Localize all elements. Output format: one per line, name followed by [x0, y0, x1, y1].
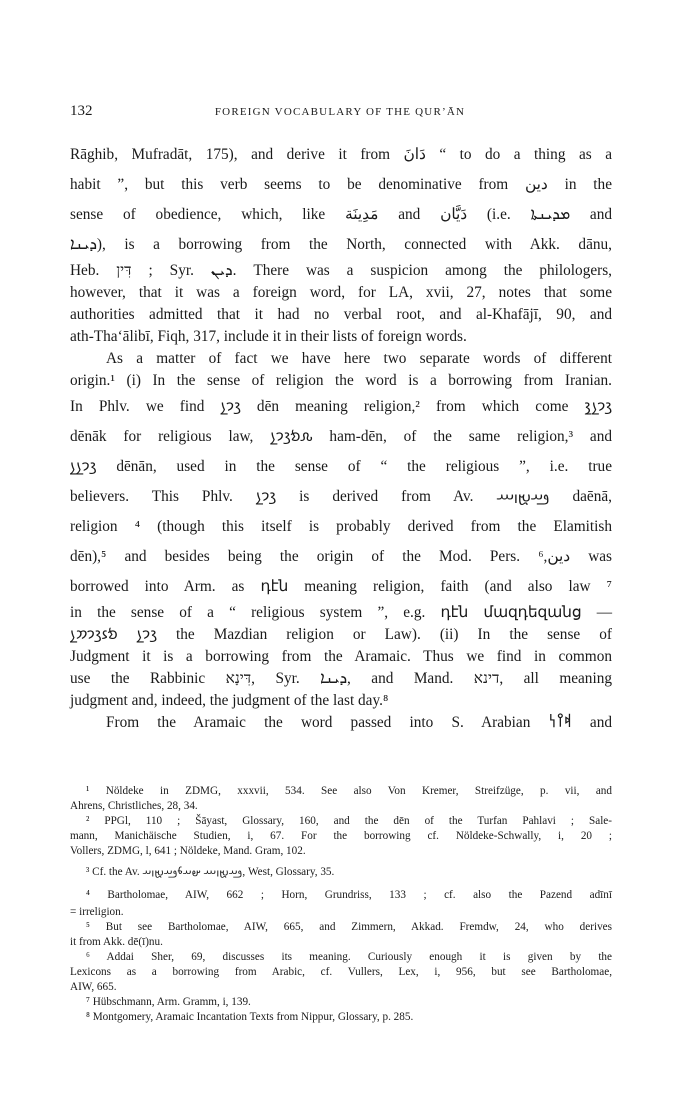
footnote-line: it from Akk. dē(ī)nu. — [70, 935, 612, 950]
body-line: Heb. דִּין ; Syr. ܕܝܢ. There was a suspi… — [70, 260, 612, 282]
body-line: sense of obedience, which, like مَدِينَة… — [70, 200, 612, 230]
body-line: religion ⁴ (though this itself is probab… — [70, 512, 612, 542]
footnote-line: ⁴ Bartholomae, AIW, 662 ; Horn, Grundris… — [70, 888, 612, 905]
page-header: 132 FOREIGN VOCABULARY OF THE QUR’ĀN — [70, 103, 610, 123]
body-line: Judgment it is a borrowing from the Aram… — [70, 646, 612, 668]
body-line: use the Rabbinic דִּינָא, Syr. ܕܝܢܐ, and… — [70, 668, 612, 690]
footnote-line: mann, Manichäische Studien, i, 67. For t… — [70, 829, 612, 844]
footnotes: ¹ Nöldeke in ZDMG, xxxvii, 534. See also… — [70, 784, 612, 1025]
footnote-line: = irreligion. — [70, 905, 612, 920]
body-line: ܕܝܢܐ), is a borrowing from the North, co… — [70, 230, 612, 260]
footnote-line: Lexicons as a borrowing from Arabic, cf.… — [70, 965, 612, 980]
body-line: ath-Tha‘ālibī, Fiqh, 317, include it in … — [70, 326, 612, 348]
footnote-line: Vollers, ZDMG, l, 641 ; Nöldeke, Mand. G… — [70, 844, 612, 859]
body-line: As a matter of fact we have here two sep… — [70, 348, 612, 370]
body-line: origin.¹ (i) In the sense of religion th… — [70, 370, 612, 392]
body-line: dēnāk for religious law, 𐭧𐭬𐭣𐭩𐭭 ham-dēn, … — [70, 422, 612, 452]
body-line: judgment and, indeed, the judgment of th… — [70, 690, 612, 712]
body-line: 𐭣𐭩𐭭𐭭 dēnān, used in the sense of “ the r… — [70, 452, 612, 482]
footnote-line: ⁶ Addai Sher, 69, discusses its meaning.… — [70, 950, 612, 965]
footnote-line: ⁵ But see Bartholomae, AIW, 665, and Zim… — [70, 920, 612, 935]
body-line: believers. This Phlv. 𐭣𐭩𐭭 is derived fro… — [70, 482, 612, 512]
footnote-line: ⁸ Montgomery, Aramaic Incantation Texts … — [70, 1010, 612, 1025]
body-line: dēn),⁵ and besides being the origin of t… — [70, 542, 612, 572]
body-line: habit ”, but this verb seems to be denom… — [70, 170, 612, 200]
footnote-line: ³ Cf. the Av. 𐬛𐬀𐬉𐬥𐬁 𐬵𐬀𐬨𐬛𐬀𐬉𐬥𐬀, West, Glos… — [70, 865, 612, 882]
body-line: authorities admitted that it had no verb… — [70, 304, 612, 326]
body-line: In Phlv. we find 𐭣𐭩𐭭 dēn meaning religio… — [70, 392, 612, 422]
body-line: From the Aramaic the word passed into S.… — [70, 712, 612, 734]
body-line: borrowed into Arm. as դէն meaning religi… — [70, 572, 612, 602]
running-head: FOREIGN VOCABULARY OF THE QUR’ĀN — [70, 106, 610, 118]
body-text: Rāghib, Mufradāt, 175), and derive it fr… — [70, 140, 612, 734]
footnote-line: ¹ Nöldeke in ZDMG, xxxvii, 534. See also… — [70, 784, 612, 799]
body-line: in the sense of a “ religious system ”, … — [70, 602, 612, 624]
footnote-line: AIW, 665. — [70, 980, 612, 995]
body-line: 𐭣𐭩𐭭 𐭬𐭦𐭣𐭩𐭮𐭭 the Mazdian religion or Law).… — [70, 624, 612, 646]
body-line: Rāghib, Mufradāt, 175), and derive it fr… — [70, 140, 612, 170]
book-page: 132 FOREIGN VOCABULARY OF THE QUR’ĀN Rāg… — [0, 0, 699, 1104]
body-line: however, that it was a foreign word, for… — [70, 282, 612, 304]
footnote-line: ² PPGl, 110 ; Šāyast, Glossary, 160, and… — [70, 814, 612, 829]
footnote-line: ⁷ Hübschmann, Arm. Gramm, i, 139. — [70, 995, 612, 1010]
footnote-line: Ahrens, Christliches, 28, 34. — [70, 799, 612, 814]
